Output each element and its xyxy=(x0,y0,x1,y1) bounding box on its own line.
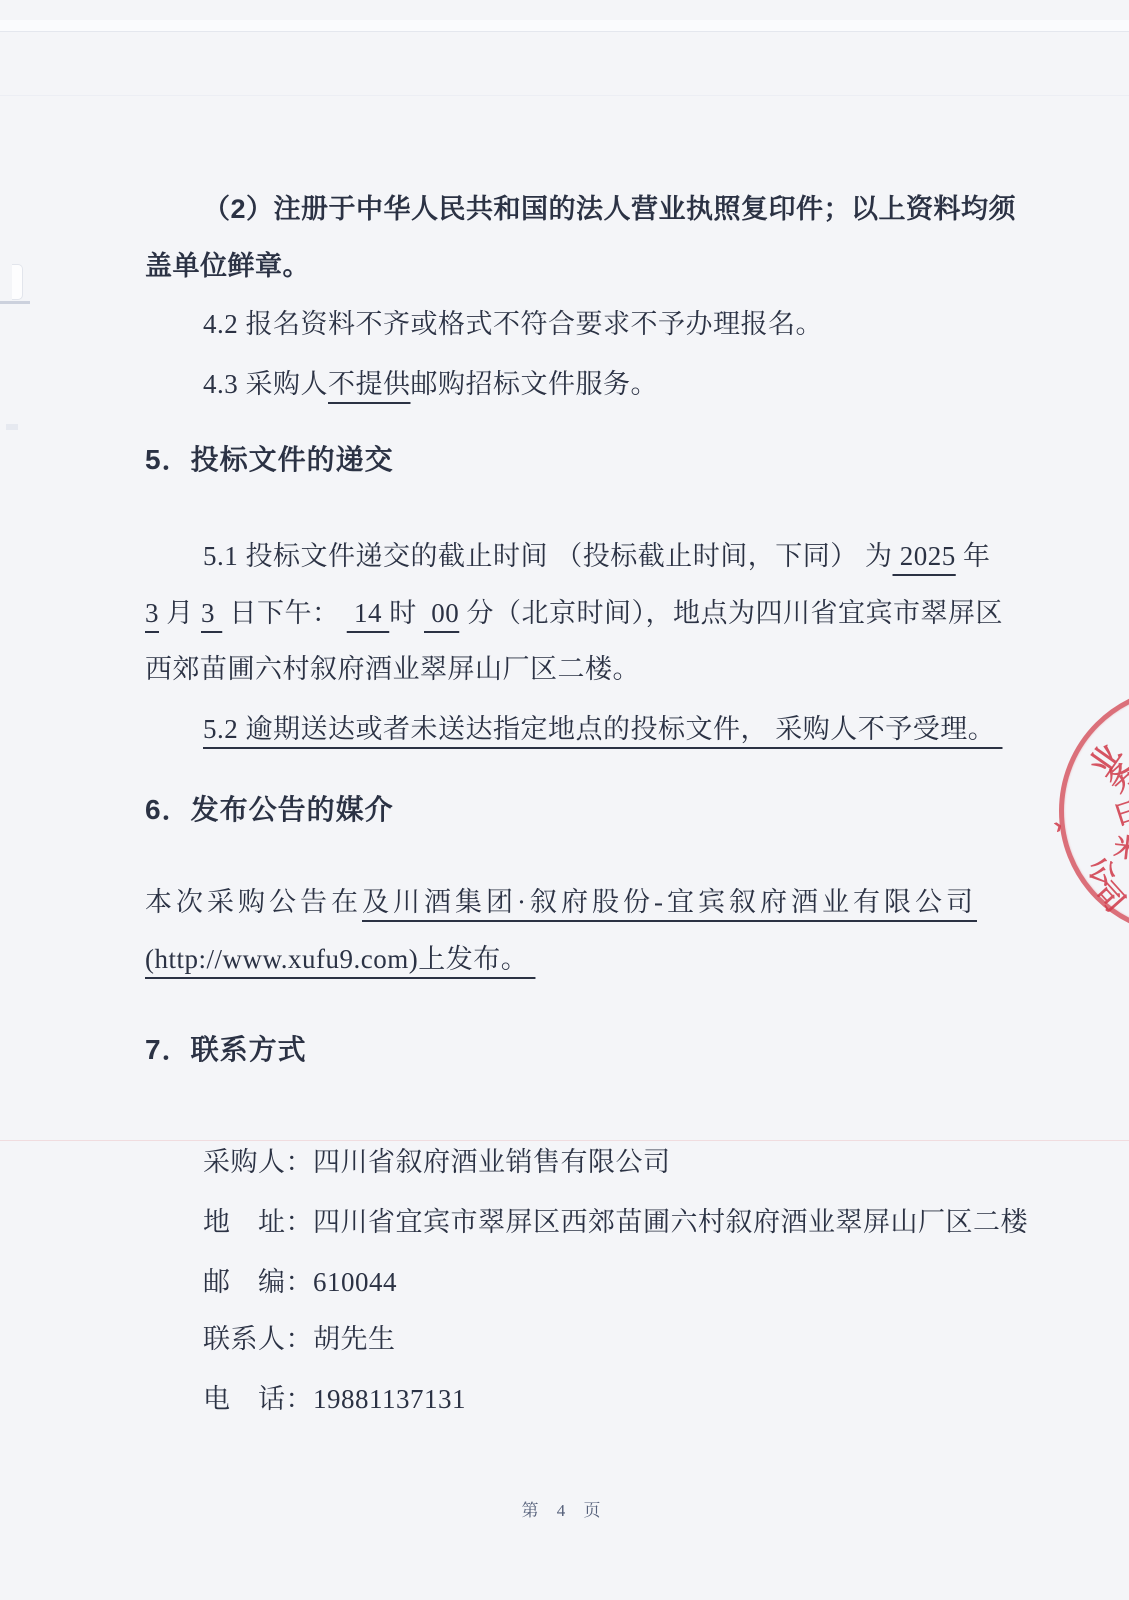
scan-artifact-top-band xyxy=(0,20,1129,32)
section-6-heading: 6．发布公告的媒介 xyxy=(145,790,394,830)
para-6-line-1: 本次采购公告在及川酒集团·叙府股份-宜宾叙府酒业有限公司 xyxy=(145,874,977,931)
contact-purchaser: 采购人：四川省叙府酒业销售有限公司 xyxy=(145,1134,671,1191)
para-5-2: 5.2 逾期送达或者未送达指定地点的投标文件， 采购人不予受理。 xyxy=(145,701,1003,758)
contact-postcode: 邮 编：610044 xyxy=(145,1254,397,1311)
contact-person: 联系人：胡先生 xyxy=(145,1311,396,1368)
document-page: （2）注册于中华人民共和国的法人营业执照复印件；以上资料均须 盖单位鲜章。 4.… xyxy=(0,0,1129,1600)
para-5-1-line-3: 西郊苗圃六村叙府酒业翠屏山厂区二楼。 xyxy=(145,641,640,698)
contact-phone: 电 话：19881137131 xyxy=(145,1371,466,1428)
para-4-2: 4.2 报名资料不齐或格式不符合要求不予办理报名。 xyxy=(145,296,823,353)
para-register-line-2: 盖单位鲜章。 xyxy=(145,238,310,295)
scan-artifact-left-notch xyxy=(12,264,23,300)
scan-artifact-left-tick xyxy=(6,424,18,430)
section-5-heading: 5．投标文件的递交 xyxy=(145,440,394,480)
para-6-line-2: (http://www.xufu9.com)上发布。 xyxy=(145,931,535,988)
contact-address: 地 址：四川省宜宾市翠屏区西郊苗圃六村叙府酒业翠屏山厂区二楼 xyxy=(145,1194,1028,1251)
section-7-heading: 7．联系方式 xyxy=(145,1030,307,1070)
para-5-1-line-2: 3 月 3 日下午： 14 时 00 分（北京时间），地点为四川省宜宾市翠屏区 xyxy=(145,585,1003,642)
scan-artifact-left-tick xyxy=(0,301,30,304)
para-5-1-line-1: 5.1 投标文件递交的截止时间 （投标截止时间，下同） 为 2025 年 xyxy=(145,528,991,585)
scan-artifact-line xyxy=(0,95,1129,96)
para-4-3: 4.3 采购人不提供邮购招标文件服务。 xyxy=(145,356,658,413)
page-number: 第 4 页 xyxy=(0,1496,1129,1521)
para-register-line-1: （2）注册于中华人民共和国的法人营业执照复印件；以上资料均须 xyxy=(145,181,1016,238)
